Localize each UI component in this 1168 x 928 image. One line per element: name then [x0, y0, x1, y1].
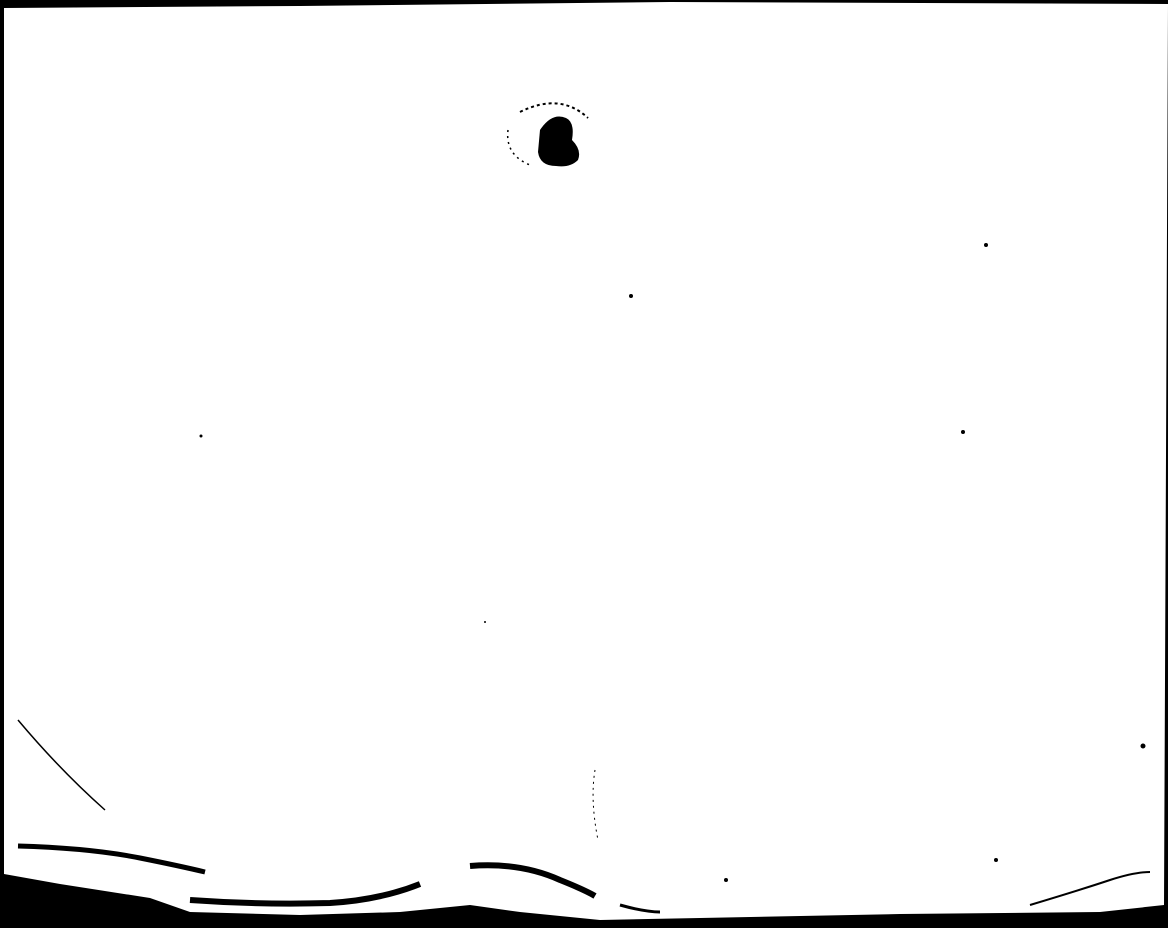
- paper-sheet: [4, 2, 1168, 920]
- photo-scene: [0, 0, 1168, 928]
